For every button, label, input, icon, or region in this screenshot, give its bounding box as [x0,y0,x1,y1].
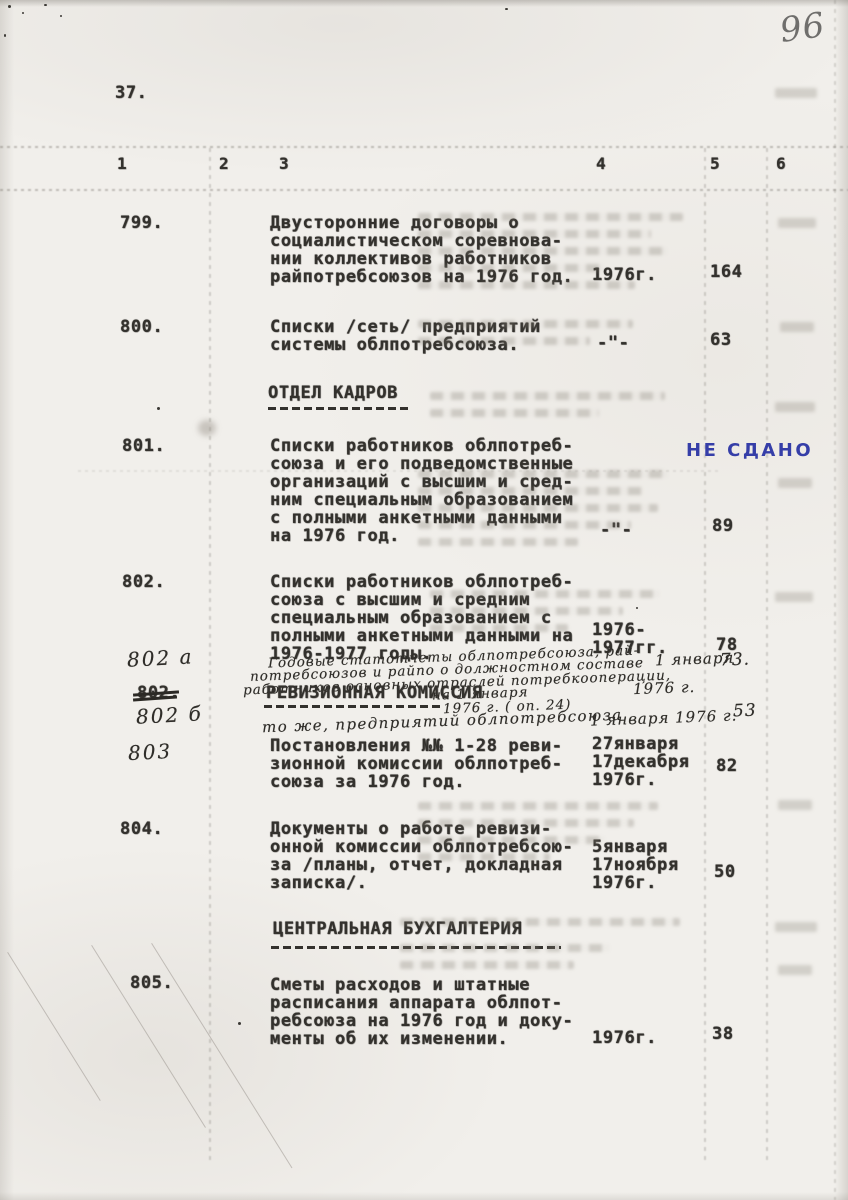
bleed-through-line [418,213,683,221]
bleed-through-line [418,281,635,289]
column-header-2: 2 [219,155,229,173]
bleed-through-mark [775,922,817,932]
page-scan: 96 37. 1 2 3 4 5 6 799. Двусторонние дог… [0,0,848,1200]
scan-edge-shadow-bottom [0,1192,848,1200]
handwritten-entry-number: 802 б [135,701,203,728]
bleed-through-mark [778,965,812,975]
bleed-through-line [400,961,574,969]
bleed-through-line [418,487,643,495]
scan-speck [238,1022,241,1025]
bleed-through-line [400,918,680,926]
column-header-1: 1 [117,155,127,173]
bleed-through-line [430,624,568,632]
bleed-through-line [418,521,631,529]
bleed-through-line [418,247,667,255]
column-header-6: 6 [776,155,786,173]
bleed-through-line [418,836,605,844]
entry-number: 799. [120,214,163,232]
handwritten-date: 1 января 1976 г. [590,706,738,729]
bleed-through-mark [778,218,816,228]
entry-number: 804. [120,820,163,838]
column-rule-3 [766,148,768,1160]
section-header-revizionnaya: РЕВИЗИОННАЯ КОМИССИЯ [266,684,483,702]
section-header-kadrov: ОТДЕЛ КАДРОВ [268,384,398,402]
pencil-page-number: 96 [777,5,827,51]
scan-speck [636,607,638,609]
bleed-through-line [418,538,578,546]
bleed-through-line [430,409,599,417]
bleed-through-mark [775,88,817,98]
bleed-through-line [418,320,633,328]
entry-count: 164 [710,263,743,281]
ruled-line-header-top [0,146,848,148]
column-header-3: 3 [279,155,289,173]
entry-date: 1976г. [592,1029,657,1047]
entry-number: 805. [130,974,173,992]
scan-smudge [198,420,216,436]
entry-number: 801. [122,437,165,455]
bleed-through-line [418,853,550,861]
bleed-through-line [430,392,665,400]
bleed-through-line [430,590,660,598]
column-header-5: 5 [710,155,720,173]
entry-number: 800. [120,318,163,336]
bleed-through-line [400,944,610,952]
handwritten-entry-number: 802 а [126,644,194,671]
entry-count: 82 [716,757,738,775]
bleed-through-block [418,802,658,870]
handwritten-entry-number: 803 [127,739,172,765]
stamp-ne-sdano: НЕ СДАНО [686,440,813,461]
entry-title: Сметы расходов и штатные расписания аппа… [270,976,573,1048]
column-rule-1 [209,148,211,1160]
bleed-through-line [430,607,623,615]
crease-line [7,952,101,1101]
column-header-4: 4 [596,155,606,173]
ruled-line-header-bottom [0,189,848,191]
entry-count: 50 [714,863,736,881]
scan-speck [44,4,47,6]
bleed-through-mark [775,592,813,602]
section-underline [264,705,444,708]
bleed-through-mark [778,800,812,810]
scan-speck [60,15,62,17]
scan-speck [8,5,11,8]
scan-speck [157,407,160,410]
right-margin-rule [834,0,836,1200]
scan-edge-shadow-left [0,0,14,1200]
entry-title: Постановления №№ 1-28 реви- зионной коми… [270,737,563,791]
scan-speck [22,12,24,14]
entry-count: 63 [710,331,732,349]
bleed-through-line [418,230,651,238]
bleed-through-line [418,337,590,345]
bleed-through-line [418,470,668,478]
bleed-through-block [430,590,660,641]
entry-date: 27января 17декабря 1976г. [592,735,690,789]
handwritten-count: 53 [733,701,757,722]
bleed-through-block [430,392,665,426]
bleed-through-line [418,504,658,512]
scan-speck [4,34,6,37]
scan-speck [505,8,508,10]
bleed-through-line [418,802,658,810]
entry-number: 802. [122,573,165,591]
handwritten-count: 73. [720,649,751,670]
bleed-through-mark [775,402,815,412]
scan-edge-shadow-top [0,0,848,7]
bleed-through-block [418,470,668,555]
entry-count: 89 [712,517,734,535]
bleed-through-block [418,320,633,354]
section-underline [268,407,410,410]
bleed-through-line [418,264,604,272]
bleed-through-mark [778,478,812,488]
bleed-through-block [400,918,680,978]
bleed-through-mark [780,322,814,332]
bleed-through-block [418,213,683,298]
typed-page-number: 37. [115,84,148,102]
entry-count: 38 [712,1025,734,1043]
bleed-through-line [418,819,634,827]
scan-edge-shadow-right [835,0,848,1200]
handwritten-date: 1976 г. [633,678,696,698]
